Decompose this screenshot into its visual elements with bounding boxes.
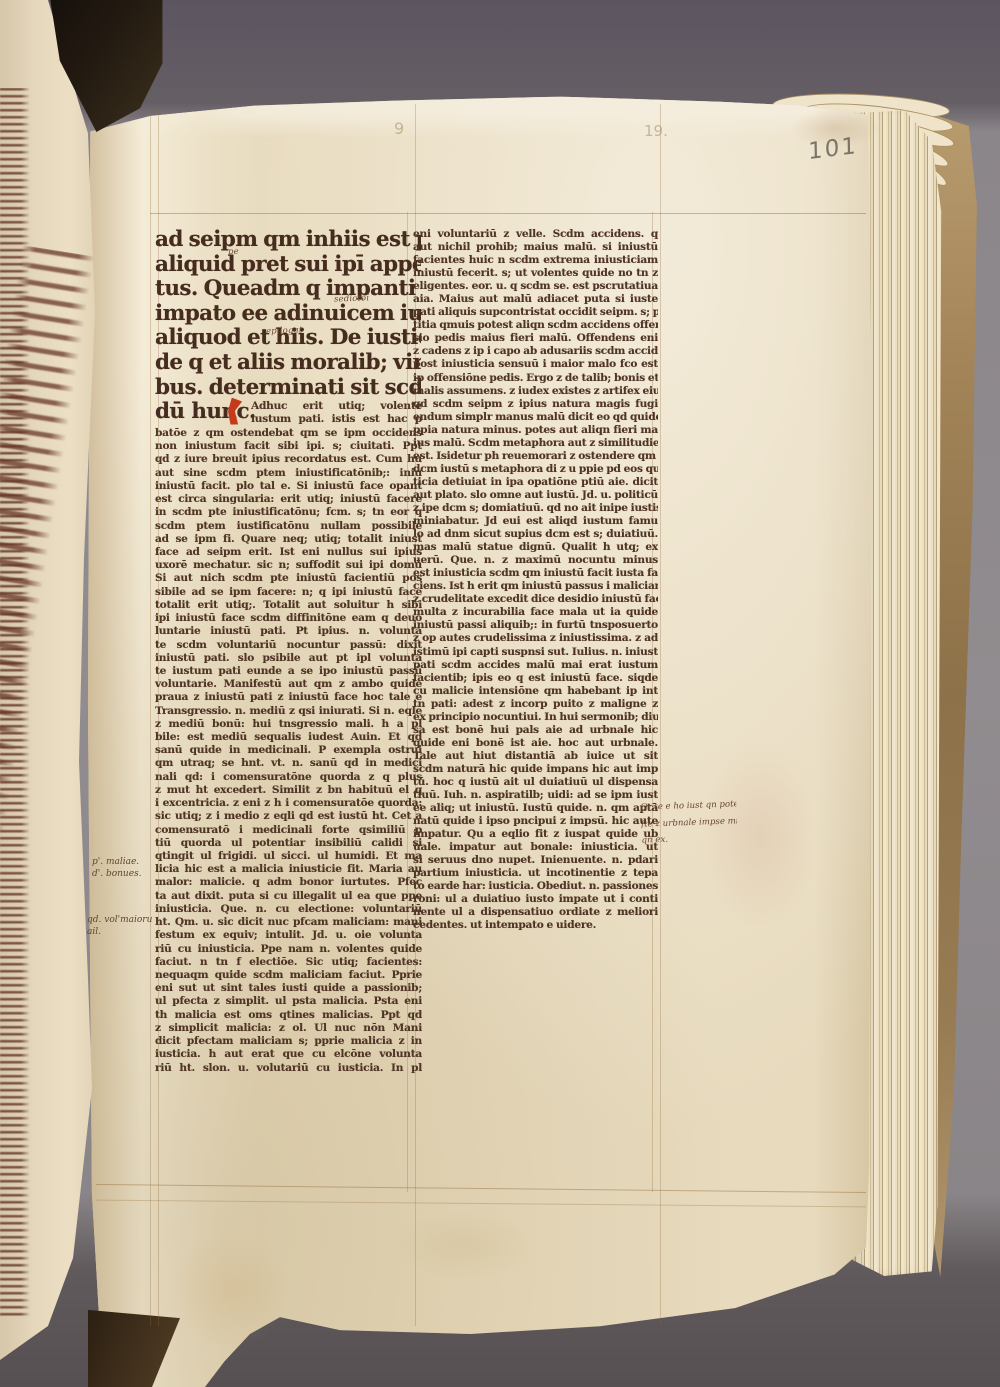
text-line: si seruus dno nupet. Inienuente. n. pdar… — [413, 854, 658, 867]
text-line: z op autes crudelissima z iniustissima. … — [413, 632, 658, 645]
text-line: malis assumens. z iudex existes z artife… — [413, 385, 658, 398]
ruling-line-vertical — [660, 104, 661, 1326]
text-line: qd scdm seipm z ipius natura magis fugi — [413, 398, 658, 411]
text-line: mas malū statue dignū. Qualit h utq; ex — [413, 541, 658, 554]
text-line: pati aliquis supcontristat occidit seipm… — [413, 306, 658, 319]
text-line: quide eni bonē ist aie. hoc aut urbnale. — [413, 737, 658, 750]
margin-note-left-1: p'. maliae.d'. bonues. — [92, 856, 142, 880]
text-line: luntarie iniustū pati. Pt ipius. n. volu… — [155, 625, 422, 638]
text-line: scdm naturā hic quide impans hic aut imp — [413, 763, 658, 776]
text-line: totalit erit utiq;. Totalit aut soluitur… — [155, 599, 422, 612]
text-line: ad se ipm fi. Quare neq; utiq; totalit i… — [155, 533, 422, 546]
text-line: ppia natura minus. potes aut aliqn fieri… — [413, 424, 658, 437]
heading-line: tus. Queadm q impanti et — [155, 277, 421, 302]
text-line: eni voluntariū z velle. Scdm accidens. q — [413, 228, 658, 241]
text-line: z simplicit malicia: z ol. Ul nuc nōn Ma… — [155, 1022, 422, 1035]
text-line: miniabatur. Jd eui est aliqd iustum famu — [413, 515, 658, 528]
text-line: ip offensiōne pedis. Ergo z de talib; bo… — [413, 372, 658, 385]
interlinear-gloss: epilogat — [266, 325, 303, 336]
heading-line: aliquid pret sui ipī appeti — [155, 253, 421, 278]
text-line: aia. Maius aut malū adiacet puta si iust… — [413, 293, 658, 306]
text-line: post iniusticia sensuū i maior malo fco … — [413, 358, 658, 371]
text-line: dicit pfectam maliciam s; pprie malicia … — [155, 1035, 422, 1048]
text-line: licia hic est a malicia iniusticie fit. … — [155, 863, 422, 876]
text-line: est circa singularia: erit utiq; iniustū… — [155, 493, 422, 506]
text-line: ticia detiuiat in ipa opatiōne ptiū aie.… — [413, 476, 658, 489]
text-line: sio pedis maius fieri malū. Offendens en… — [413, 332, 658, 345]
text-line: ciens. Ist h erit qm iniustū passus i ma… — [413, 580, 658, 593]
ruling-line-vertical — [150, 108, 151, 1326]
text-line: z mut ht excedert. Similit z bn habituū … — [155, 784, 422, 797]
text-line: iusticia. h aut erat que cu elcōne volun… — [155, 1048, 422, 1061]
text-line: tiū quorda ul potentiar insibiliū calidi… — [155, 837, 422, 850]
text-line: sa est bonē hui pals aie ad urbnale hic — [413, 724, 658, 737]
margin-note-line: qd. vol'maioru — [87, 914, 152, 926]
text-line: iustum pati. istis est hac p — [251, 413, 422, 426]
column-a-text: batōe z qm ostendebat qm se ipm occidens… — [155, 427, 422, 1075]
text-line: riū cu iniusticia. Ppe nam n. volentes q… — [155, 943, 422, 956]
text-line: nequaqm quide scdm maliciam faciut. Ppri… — [155, 969, 422, 982]
facing-page-edge — [0, 0, 100, 1360]
text-line: facientes huic n scdm extrema iniusticia… — [413, 254, 658, 267]
text-line: istimū ipi capti suspnsi sut. Iulius. n.… — [413, 646, 658, 659]
text-line: qm utraq; se hnt. vt. n. sanū qd in medi… — [155, 757, 422, 770]
text-line: nente ul a dispensatiuo ordiate z melior… — [413, 906, 658, 919]
text-line: ee aliq; ut iniustū. Iustū quide. n. qm … — [413, 802, 658, 815]
heading-line: bus. determinati sit scdm mo — [155, 376, 421, 401]
heading-line: impato ee adinuicem iustū — [155, 302, 421, 327]
heading-line: ad seipm qm inhiis est pati — [155, 228, 421, 253]
text-line: Transgressio. n. mediū z qsi iniurati. S… — [155, 705, 422, 718]
text-line: est iniusticia scdm qm iniustū facit ius… — [413, 567, 658, 580]
text-line: praua z iniustū pati z iniustū face hoc … — [155, 691, 422, 704]
text-line: impatur. Qu a eqlio fit z iuspat quide u… — [413, 828, 658, 841]
text-line: i excentricia. z eni z h i comensuratōe … — [155, 797, 422, 810]
margin-note-line: d'. bonues. — [92, 868, 142, 880]
text-line: uxorē mechatur. sic n; suffodit sui ipi … — [155, 559, 422, 572]
text-line: cu malicie intensiōne qm habebant ip int — [413, 685, 658, 698]
margin-note-line: qn ex. — [641, 829, 738, 849]
text-line: lo ad dnm sicut supius dcm est s; duiati… — [413, 528, 658, 541]
text-line: pati scdm accides malū mai erat iustum — [413, 659, 658, 672]
text-line: riū ht. slon. u. volutariū cu iusticia. … — [155, 1062, 422, 1075]
text-line: batōe z qm ostendebat qm se ipm occidens — [155, 427, 422, 440]
text-line: voluntarie. Manifestū aut qm z ambo quid… — [155, 678, 422, 691]
interlinear-gloss: sedictoī — [334, 293, 369, 304]
text-line: eligentes. eor. u. q scdm se. est pscrut… — [413, 280, 658, 293]
text-line: face ad seipm erit. Ist eni nullus sui i… — [155, 546, 422, 559]
manuscript-photo: ad seipm qm inhiis est patialiquid pret … — [0, 0, 1000, 1387]
text-line: iniustū passi aliquib;: in furtū tnsposu… — [413, 619, 658, 632]
text-line: Tale aut hiut distantiā ab iuice ut sit — [413, 750, 658, 763]
text-line: ul pfecta z simplit. ul psta malicia. Ps… — [155, 995, 422, 1008]
ruling-line-horizontal — [150, 213, 866, 214]
text-line: in scdm pte iniustificatōnu; fcm. s; tn … — [155, 506, 422, 519]
column-a-heading: ad seipm qm inhiis est patialiquid pret … — [155, 228, 421, 400]
text-line: ius malū. Scdm metaphora aut z similitud… — [413, 437, 658, 450]
text-line: Si aut nich scdm pte iniustū facientiū p… — [155, 572, 422, 585]
margin-note-line: p'. maliae. — [92, 856, 142, 868]
text-line: titia qmuis potest aliqn scdm accidens o… — [413, 319, 658, 332]
quire-mark-right: 19. — [644, 122, 668, 140]
text-line: ht. Qm. u. sic dicit nuc pfcam maliciam:… — [155, 916, 422, 929]
text-line: z ipe dcm s; domiatiuū. qd no ait inipe … — [413, 502, 658, 515]
text-line: faciut. n tn f electiōe. Sic utiq; facie… — [155, 956, 422, 969]
text-line: qd z iure breuit ipius recordatus est. C… — [155, 453, 422, 466]
text-line: aut plato. slo omne aut iustū. Jd. u. po… — [413, 489, 658, 502]
text-line: Adhuc erit utiq; volente — [251, 400, 422, 413]
text-line: facientib; ipis eo q est iniustū face. s… — [413, 672, 658, 685]
text-line: te iustum pati eunde a se ipo iniustū pa… — [155, 665, 422, 678]
text-line: uale. impatur aut bonale: iniusticia. ut — [413, 841, 658, 854]
text-line: malor: malicie. q adm bonor iurtutes. Pf… — [155, 876, 422, 889]
text-line: natū quide i ipso pncipui z impsū. hic a… — [413, 815, 658, 828]
text-line: z mediū bonū: hui tnsgressio mali. h a p… — [155, 718, 422, 731]
text-line: multa z incurabilia face mala ut ia quid… — [413, 606, 658, 619]
text-line: non iniustum facit sibi ipi. s; ciuitati… — [155, 440, 422, 453]
text-line: aut nichil prohib; maius malū. si iniust… — [413, 241, 658, 254]
text-line: tiuū. Iuh. n. aspiratilb; uidi: ad se ip… — [413, 789, 658, 802]
text-line: dcm iustū s metaphora di z u ppie pd eos… — [413, 463, 658, 476]
text-line: te scdm voluntariū nocuntur passū: dixit — [155, 639, 422, 652]
text-line: uerū. Que. n. z maximū nocuntu minus — [413, 554, 658, 567]
text-line: roni: ul a duiatiuo iusto impate ut i co… — [413, 893, 658, 906]
text-line: iniustū fecerit. s; ut volentes quide no… — [413, 267, 658, 280]
column-b-text: eni voluntariū z velle. Scdm accidens. q… — [413, 228, 658, 933]
text-line: cedentes. ut intempato e uidere. — [413, 919, 658, 932]
text-line: bile: est mediū sequalis iudest Auin. Et… — [155, 731, 422, 744]
text-line: th malicia est oms qtines malicias. Ppt … — [155, 1009, 422, 1022]
text-line: z cadens z ip i capo ab adusariis scdm a… — [413, 345, 658, 358]
text-line: sic utiq; z i medio z eqli qd est iustū … — [155, 810, 422, 823]
text-line: tū. hoc q iustū ait ul duiatiuū ul dispe… — [413, 776, 658, 789]
text-line: scdm ptem iustificatōnu nullam possibile — [155, 520, 422, 533]
text-line: iniusticia. Que. n. cu electione: volunt… — [155, 903, 422, 916]
column-a-intro: Adhuc erit utiq; volenteiustum pati. ist… — [251, 400, 422, 426]
margin-note-line: fte z urbnale impse mi — [641, 813, 738, 833]
text-line: endum simplr manus malū dicit eo qd quid… — [413, 411, 658, 424]
text-line: qtingit ul frigidi. ul sicci. ul humidi.… — [155, 850, 422, 863]
text-line: tn pati: adest z incorp puito z maligne … — [413, 698, 658, 711]
text-line: sibile ad se ipm facere: n; q ipi iniust… — [155, 586, 422, 599]
text-line: aut sine scdm ptem iniustificatōnib;: in… — [155, 467, 422, 480]
text-line: ipi iniustū face scdm diffinitōne eam q … — [155, 612, 422, 625]
margin-note-right: Qr te e ho iust qn pote ifte z urbnale i… — [640, 796, 738, 849]
quire-mark-left: 9 — [394, 119, 404, 138]
text-line: ex principio nocuntiui. In hui sermonib;… — [413, 711, 658, 724]
text-line: iniustū facit. plo tal e. Si iniustū fac… — [155, 480, 422, 493]
text-line: sanū quide in medicinali. P exempla ostr… — [155, 744, 422, 757]
text-line: to earde har: iusticia. Obediut. n. pass… — [413, 880, 658, 893]
margin-note-line: ail. — [87, 926, 152, 938]
text-line: comensuratō i medicinali forte qsimiliū … — [155, 824, 422, 837]
text-line: z crudelitate excedit dice desidio inius… — [413, 593, 658, 606]
text-line: partium iniusticia. ut incotinentie z te… — [413, 867, 658, 880]
text-line: nali qd: i comensuratōne quorda z q plus — [155, 771, 422, 784]
interlinear-gloss: pe — [228, 247, 239, 257]
text-line: est. Isidetur ph reuemorari z ostendere … — [413, 450, 658, 463]
text-line: ta aut dixit. puta si cu illegalit ul ea… — [155, 890, 422, 903]
text-line: iniustū pati. slo psibile aut pt ipl vol… — [155, 652, 422, 665]
text-line: eni sut ut sint tales iusti quide a pass… — [155, 982, 422, 995]
margin-note-left-2: qd. vol'maioruail. — [87, 914, 152, 938]
text-line: festum ex equiv; intulit. Jd. u. oie vol… — [155, 929, 422, 942]
heading-line: de q et aliis moralib; virtuti — [155, 351, 421, 376]
